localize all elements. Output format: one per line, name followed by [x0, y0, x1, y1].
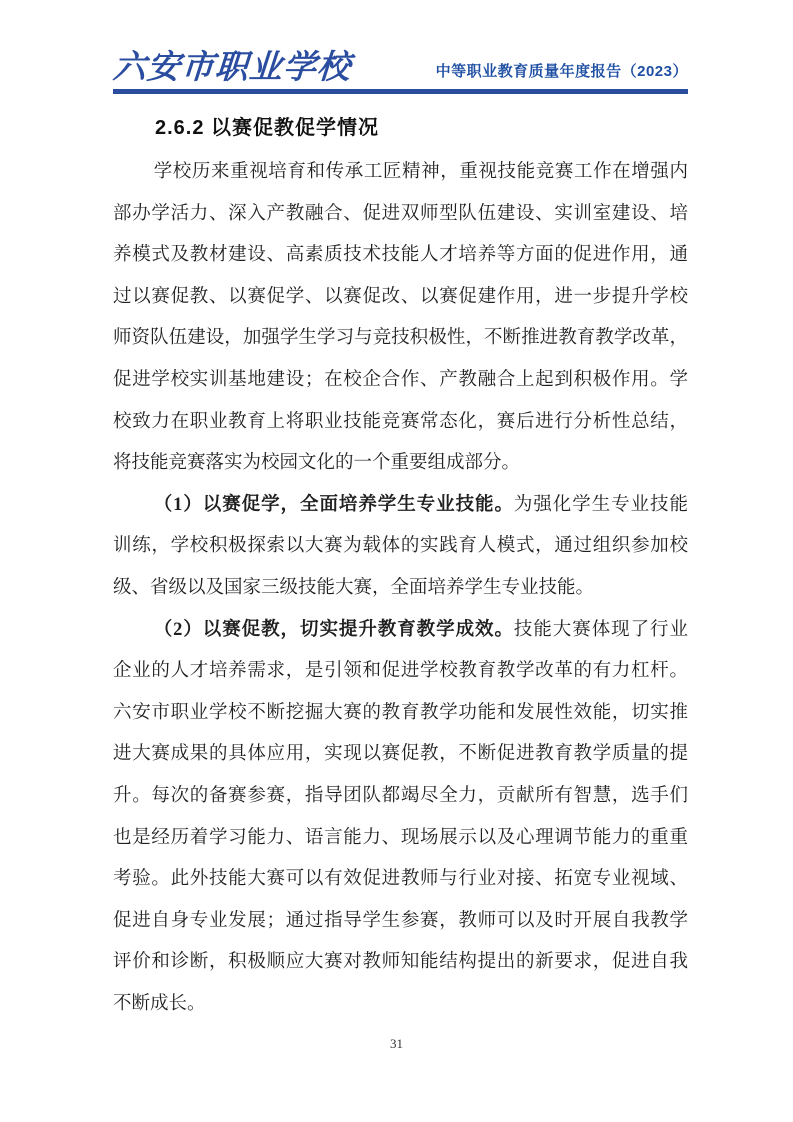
paragraph-1: 学校历来重视培育和传承工匠精神，重视技能竞赛工作在增强内 部办学活力、深入产教融… — [113, 152, 688, 485]
text-line: 也是经历着学习能力、语言能力、现场展示以及心理调节能力的重重 — [113, 818, 688, 860]
document-page: 六安市职业学校 中等职业教育质量年度报告（2023） 2.6.2 以赛促教促学情… — [0, 0, 793, 1122]
paragraph-lead-text: 技能大赛体现了行业 — [514, 620, 688, 640]
text-line: （1）以赛促学，全面培养学生专业技能。为强化学生专业技能 — [113, 485, 688, 527]
text-line: 促进学校实训基地建设；在校企合作、产教融合上起到积极作用。学 — [113, 360, 688, 402]
text-line: 过以赛促教、以赛促学、以赛促改、以赛促建作用，进一步提升学校 — [113, 277, 688, 319]
paragraph-lead-bold: （2）以赛促教，切实提升教育教学成效。 — [154, 620, 514, 640]
text-line: 六安市职业学校不断挖掘大赛的教育教学功能和发展性效能，切实推 — [113, 693, 688, 735]
text-line: 将技能竞赛落实为校园文化的一个重要组成部分。 — [113, 443, 688, 485]
page-number: 31 — [0, 1036, 793, 1052]
text-line: 考验。此外技能大赛可以有效促进教师与行业对接、拓宽专业视域、 — [113, 859, 688, 901]
text-line: 升。每次的备赛参赛，指导团队都竭尽全力，贡献所有智慧，选手们 — [113, 776, 688, 818]
text-line: 师资队伍建设，加强学生学习与竞技积极性，不断推进教育教学改革， — [113, 318, 688, 360]
text-line: （2）以赛促教，切实提升教育教学成效。技能大赛体现了行业 — [113, 610, 688, 652]
text-line: 级、省级以及国家三级技能大赛，全面培养学生专业技能。 — [113, 568, 688, 610]
text-line: 企业的人才培养需求，是引领和促进学校教育教学改革的有力杠杆。 — [113, 651, 688, 693]
document-body: 学校历来重视培育和传承工匠精神，重视技能竞赛工作在增强内 部办学活力、深入产教融… — [113, 152, 688, 1025]
text-line: 不断成长。 — [113, 984, 688, 1026]
paragraph-lead-bold: （1）以赛促学，全面培养学生专业技能。 — [154, 495, 514, 515]
text-line: 评价和诊断，积极顺应大赛对教师知能结构提出的新要求，促进自我 — [113, 942, 688, 984]
text-line: 部办学活力、深入产教融合、促进双师型队伍建设、实训室建设、培 — [113, 194, 688, 236]
school-logo: 六安市职业学校 — [112, 50, 353, 86]
paragraph-3: （2）以赛促教，切实提升教育教学成效。技能大赛体现了行业 企业的人才培养需求，是… — [113, 610, 688, 1026]
text-line: 校致力在职业教育上将职业技能竞赛常态化，赛后进行分析性总结， — [113, 402, 688, 444]
text-line: 促进自身专业发展；通过指导学生参赛，教师可以及时开展自我教学 — [113, 901, 688, 943]
section-heading: 2.6.2 以赛促教促学情况 — [113, 111, 688, 140]
header-divider — [113, 89, 688, 94]
text-line: 进大赛成果的具体应用，实现以赛促教，不断促进教育教学质量的提 — [113, 734, 688, 776]
text-line: 训练，学校积极探索以大赛为载体的实践育人模式，通过组织参加校 — [113, 526, 688, 568]
text-line: 学校历来重视培育和传承工匠精神，重视技能竞赛工作在增强内 — [113, 152, 688, 194]
paragraph-2: （1）以赛促学，全面培养学生专业技能。为强化学生专业技能 训练，学校积极探索以大… — [113, 485, 688, 610]
text-line: 养模式及教材建设、高素质技术技能人才培养等方面的促进作用，通 — [113, 235, 688, 277]
report-title: 中等职业教育质量年度报告（2023） — [436, 60, 688, 86]
paragraph-lead-text: 为强化学生专业技能 — [514, 495, 688, 515]
page-header: 六安市职业学校 中等职业教育质量年度报告（2023） — [113, 50, 688, 94]
